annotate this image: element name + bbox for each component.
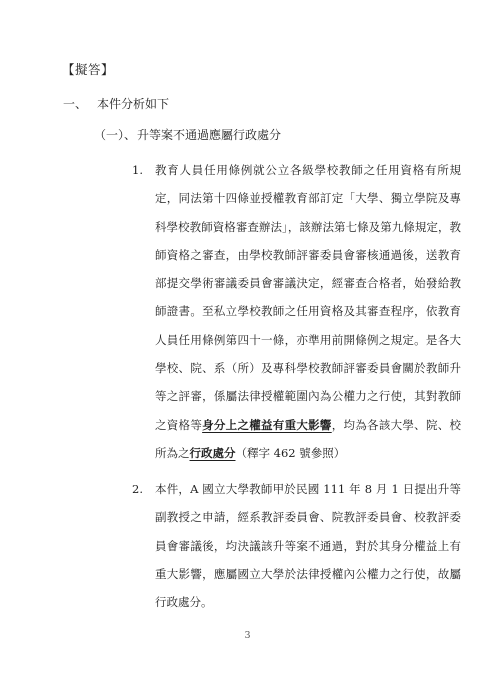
outline-level1: 一、本件分析如下 <box>63 95 169 112</box>
level2-title: 升等案不通過應屬行政處分 <box>137 128 281 142</box>
paragraph-2-text: 本件，A 國立大學教師甲於民國 111 年 8 月 1 日提出升等副教授之申請，… <box>155 482 461 609</box>
document-page: 【擬答】 一、本件分析如下 （一）、升等案不通過應屬行政處分 1.教育人員任用條… <box>0 0 495 700</box>
level1-title: 本件分析如下 <box>97 97 169 111</box>
paragraph-1-emphasis-2: 行政處分 <box>190 446 236 460</box>
level2-marker: （一）、 <box>94 126 137 143</box>
paragraph-1-text: 教育人員任用條例就公立各級學校教師之任用資格有所規定，同法第十四條並授權教育部訂… <box>155 163 461 432</box>
answer-heading: 【擬答】 <box>62 60 114 78</box>
page-number: 3 <box>0 630 495 641</box>
level1-marker: 一、 <box>63 95 97 112</box>
paragraph-1-citation: （釋字 462 號參照） <box>236 446 346 460</box>
outline-level2: （一）、升等案不通過應屬行政處分 <box>94 126 281 143</box>
paragraph-2-number: 2. <box>132 475 143 503</box>
numbered-paragraph-1: 1.教育人員任用條例就公立各級學校教師之任用資格有所規定，同法第十四條並授權教育… <box>155 156 461 467</box>
paragraph-1-emphasis-1: 身分上之權益有重大影響 <box>202 418 332 432</box>
numbered-paragraph-2: 2.本件，A 國立大學教師甲於民國 111 年 8 月 1 日提出升等副教授之申… <box>155 475 461 616</box>
paragraph-1-number: 1. <box>132 156 143 184</box>
